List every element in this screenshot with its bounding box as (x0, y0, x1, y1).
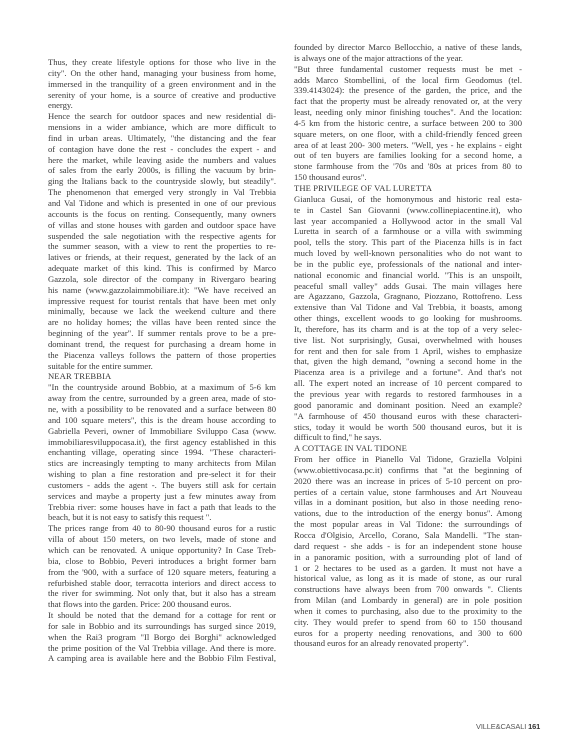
text-line: is always one of the major attractions o… (294, 53, 522, 64)
section-heading: NEAR TREBBIA (48, 371, 276, 382)
text-line: find in urban areas. Ultimately, "the di… (48, 133, 276, 144)
text-line: area of at least 200- 300 meters. "Well,… (294, 140, 522, 151)
text-line: impressive request for tourist rentals t… (48, 296, 276, 307)
text-line: are no holiday homes; the villas have be… (48, 317, 276, 328)
text-line: villa of about 150 meters, on two levels… (48, 534, 276, 545)
text-line: minimally, because we lack the weekend c… (48, 306, 276, 317)
right-column: founded by director Marco Bellocchio, a … (294, 42, 522, 649)
text-line: that, given the high demand, "owning a s… (294, 356, 522, 367)
text-line: are Agazzano, Gazzola, Gragnano, Piozzan… (294, 291, 522, 302)
text-line: euros for a property needing renovations… (294, 628, 522, 639)
text-line: from the '900, with a surface of 120 squ… (48, 567, 276, 578)
text-line: Gianluca Gusai, of the homonymous and hi… (294, 194, 522, 205)
text-line: The prices range from 40 to 80-90 thousa… (48, 523, 276, 534)
text-line: be in the public eye, professionals of t… (294, 259, 522, 270)
text-line: when it comes to purchasing, also due to… (294, 606, 522, 617)
text-line: suspended the sale negotiation with the … (48, 231, 276, 242)
text-line: Luretta in search of a farmhouse or a vi… (294, 226, 522, 237)
text-line: extensive than Val Tidone and Val Trebbi… (294, 302, 522, 313)
text-line: which can be renovated. A unique opportu… (48, 545, 276, 556)
text-line: the previous year with regards to restor… (294, 389, 522, 400)
text-line: and Val Tidone and which is presented in… (48, 198, 276, 209)
section-heading: A COTTAGE IN VAL TIDONE (294, 443, 522, 454)
text-line: "In the countryside around Bobbio, at a … (48, 382, 276, 393)
text-line: energy. (48, 100, 276, 111)
text-line: peaceful small valley" adds Gusai. The m… (294, 281, 522, 292)
text-line: wishing to plan a fine restoration and p… (48, 469, 276, 480)
text-line: villas in a dominant position, but also … (294, 497, 522, 508)
page-number: 161 (528, 722, 540, 731)
text-line: of sales from the early 2000s, is fillin… (48, 165, 276, 176)
text-line: the most popular areas in Val Tidone: th… (294, 519, 522, 530)
text-line: The phenomenon that emerged very strongl… (48, 187, 276, 198)
text-line: Thus, they create lifestyle options for … (48, 57, 276, 68)
text-line: the prime position of the Val Trebbia vi… (48, 643, 276, 654)
text-line: 1 or 2 hectares to be used as a garden. … (294, 563, 522, 574)
text-line: when the Rai3 program "Il Borgo dei Borg… (48, 632, 276, 643)
text-line: away from the centre, surrounded by a gr… (48, 393, 276, 404)
text-line: services and maybe a property just a few… (48, 491, 276, 502)
text-line: From her office in Pianello Val Tidone, … (294, 454, 522, 465)
text-line: te in Castel San Giovanni (www.collinepi… (294, 205, 522, 216)
text-line: constructions have always been from 700 … (294, 584, 522, 595)
text-line: city". On the other hand, managing your … (48, 68, 276, 79)
text-line: historical value, as long as it is made … (294, 573, 522, 584)
text-line: stics, today it would be worth 500 thous… (294, 422, 522, 433)
text-line: A camping area is available here and the… (48, 653, 276, 664)
text-line: immersed in the tranquility of a green e… (48, 79, 276, 90)
text-line: city. They would prefer to spend from 60… (294, 617, 522, 628)
text-line: out of ten buyers are families looking f… (294, 150, 522, 161)
text-line: of villas and stone houses with garden a… (48, 220, 276, 231)
text-line: suitable for the entire summer. (48, 361, 276, 372)
text-line: dard request - she adds - is for an inde… (294, 541, 522, 552)
text-line: immobiliaresviluppocasa.it), the first a… (48, 437, 276, 448)
text-line: ging the Italians back to the countrysid… (48, 176, 276, 187)
text-line: bia, close to Bobbio, Peveri introduces … (48, 556, 276, 567)
text-line: thousand euros for an already renovated … (294, 638, 522, 649)
text-line: stone farmhouse from the '70s and '80s a… (294, 161, 522, 172)
text-line: the Piacenza valleys follows the pattern… (48, 350, 276, 361)
text-line: vations, due to the introduction of the … (294, 508, 522, 519)
text-line: Trebbia river: some houses have in fact … (48, 502, 276, 513)
text-line: (www.obiettivocasa.pc.it) confirms that … (294, 465, 522, 476)
text-line: for rent and then for sale from 1 April,… (294, 346, 522, 357)
text-line: the river for swimming. Not only that, b… (48, 588, 276, 599)
text-line: for sale in Bobbio and its surroundings … (48, 621, 276, 632)
text-line: difficult to find," he says. (294, 432, 522, 443)
text-line: fact that the property must be already r… (294, 96, 522, 107)
text-line: beach, but it is not easy to satisfy thi… (48, 512, 276, 523)
text-line: Gabriella Peveri, owner of Immobiliare S… (48, 426, 276, 437)
text-line: accounts is the focus on renting. Conseq… (48, 209, 276, 220)
text-line: in a panoramic position, with a surround… (294, 552, 522, 563)
text-line: pool, tells the story. This part of the … (294, 237, 522, 248)
text-line: serenity of your home, is a source of cr… (48, 90, 276, 101)
text-line: ne, with a possibility to be renovated a… (48, 404, 276, 415)
text-line: Hence the search for outdoor spaces and … (48, 111, 276, 122)
text-line: square meters, on one floor, with a chil… (294, 129, 522, 140)
text-line: stics are increasingly tempting to many … (48, 458, 276, 469)
page-footer: VILLE&CASALI161 (476, 722, 540, 731)
text-line: all. The expert noted an increase of 10 … (294, 378, 522, 389)
text-line: that flows into the garden. Price: 200 t… (48, 599, 276, 610)
text-line: good panoramic and dominant position. Ne… (294, 400, 522, 411)
text-line: his name (www.gazzolaimmobiliare.it): "W… (48, 285, 276, 296)
text-line: last year accompanied a Hollywood actor … (294, 216, 522, 227)
text-line: Rocca d'Olgisio, Arcello, Corano, Sala M… (294, 530, 522, 541)
text-line: here the market, while leaving aside the… (48, 155, 276, 166)
text-line: 150 thousand euros". (294, 172, 522, 183)
text-line: 2020 there was an increase in prices of … (294, 476, 522, 487)
text-line: adequate market of this kind. This is co… (48, 263, 276, 274)
text-line: from Milan (and Lombardy in general) are… (294, 595, 522, 606)
text-line: adds Marco Stombellini, of the local fir… (294, 75, 522, 86)
magazine-name: VILLE&CASALI (476, 722, 526, 731)
text-line: beginning of the year". If summer rental… (48, 328, 276, 339)
text-line: 4-5 km from the historic centre, a surfa… (294, 118, 522, 129)
text-line: customers - adds the agent -. The buyers… (48, 480, 276, 491)
text-line: latives or friends, at their request, ge… (48, 252, 276, 263)
text-line: Gazzola, sole director of the company in… (48, 274, 276, 285)
text-line: national economic and financial world. "… (294, 270, 522, 281)
text-line: refurbished stable door, terracotta inte… (48, 578, 276, 589)
text-line: the summer season, with a view to rent t… (48, 241, 276, 252)
left-column: Thus, they create lifestyle options for … (48, 57, 276, 664)
section-heading: THE PRIVILEGE OF VAL LURETTA (294, 183, 522, 194)
text-line: tive list. Not surprisingly, Gusai, over… (294, 335, 522, 346)
text-line: other things, excellent woods to go look… (294, 313, 522, 324)
text-line: mensions in a wider ambiance, which are … (48, 122, 276, 133)
text-line: of contagion have done the rest - conclu… (48, 144, 276, 155)
text-line: It, therefore, has its charm and is at t… (294, 324, 522, 335)
text-line: dominant trend, the request for purchasi… (48, 339, 276, 350)
text-line: perties of a certain value, stone farmho… (294, 487, 522, 498)
text-line: founded by director Marco Bellocchio, a … (294, 42, 522, 53)
text-line: and 100 square meters", this is the drea… (48, 415, 276, 426)
text-line: "But three fundamental customer requests… (294, 64, 522, 75)
text-line: "A farmhouse of 450 thousand euros with … (294, 411, 522, 422)
text-line: much loved by well-known personalities w… (294, 248, 522, 259)
text-line: enchanting village, operating since 1994… (48, 447, 276, 458)
text-line: Piacenza area is a privilege and a fortu… (294, 367, 522, 378)
text-line: It should be noted that the demand for a… (48, 610, 276, 621)
text-line: 339.4143024): the presence of the garden… (294, 85, 522, 96)
text-line: least, needing only minor finishing touc… (294, 107, 522, 118)
